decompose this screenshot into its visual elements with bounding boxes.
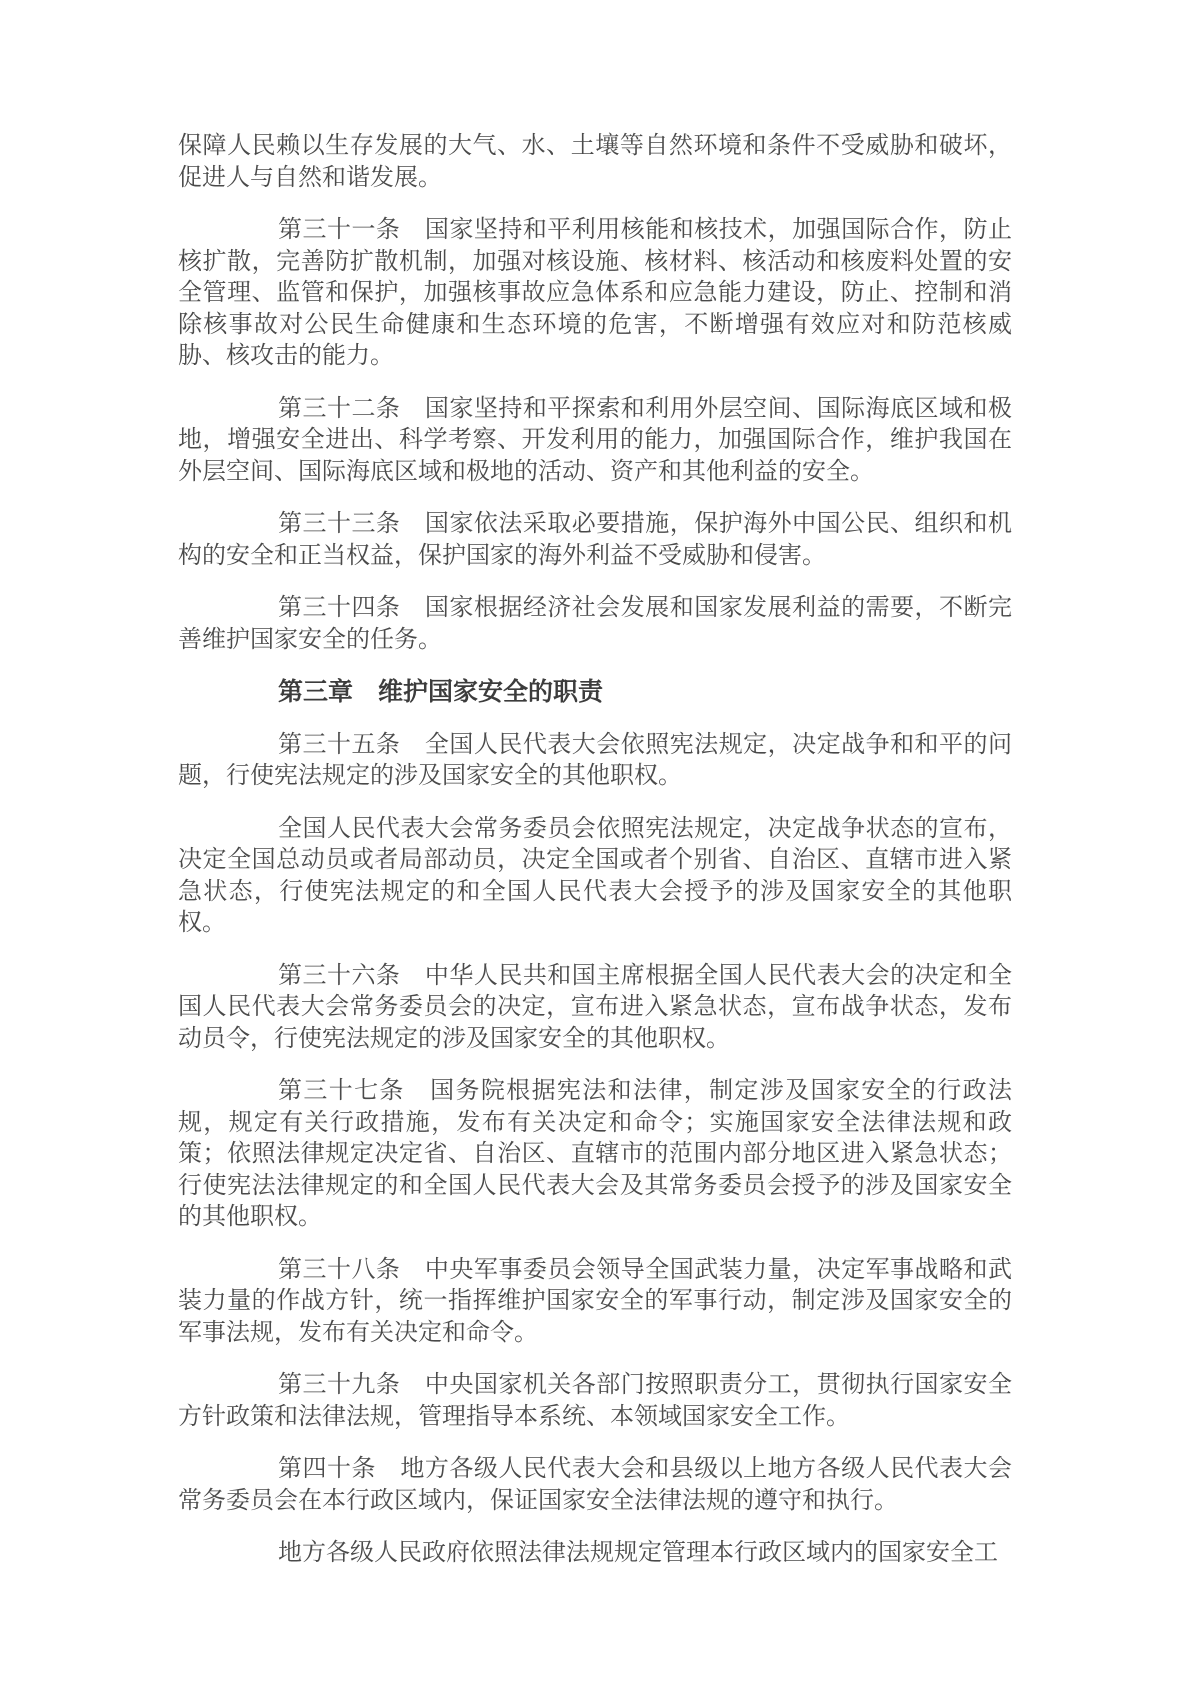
- paragraph-article-40-local-government: 地方各级人民政府依照法律法规规定管理本行政区域内的国家安全工: [178, 1538, 1012, 1570]
- paragraph-article-39: 第三十九条 中央国家机关各部门按照职责分工，贯彻执行国家安全方针政策和法律法规，…: [178, 1370, 1012, 1433]
- document-page: 保障人民赖以生存发展的大气、水、土壤等自然环境和条件不受威胁和破坏，促进人与自然…: [0, 0, 1191, 1684]
- paragraph-article-36: 第三十六条 中华人民共和国主席根据全国人民代表大会的决定和全国人民代表大会常务委…: [178, 961, 1012, 1056]
- paragraph-article-38: 第三十八条 中央军事委员会领导全国武装力量，决定军事战略和武装力量的作战方针，统…: [178, 1255, 1012, 1350]
- paragraph-article-35-npc-standing-committee: 全国人民代表大会常务委员会依照宪法规定，决定战争状态的宣布，决定全国总动员或者局…: [178, 814, 1012, 940]
- chapter-3-heading: 第三章 维护国家安全的职责: [178, 677, 1012, 709]
- paragraph-article-35: 第三十五条 全国人民代表大会依照宪法规定，决定战争和和平的问题，行使宪法规定的涉…: [178, 730, 1012, 793]
- paragraph-article-33: 第三十三条 国家依法采取必要措施，保护海外中国公民、组织和机构的安全和正当权益，…: [178, 509, 1012, 572]
- paragraph-article-34: 第三十四条 国家根据经济社会发展和国家发展利益的需要，不断完善维护国家安全的任务…: [178, 593, 1012, 656]
- paragraph-article-40: 第四十条 地方各级人民代表大会和县级以上地方各级人民代表大会常务委员会在本行政区…: [178, 1454, 1012, 1517]
- paragraph-article-32: 第三十二条 国家坚持和平探索和利用外层空间、国际海底区域和极地，增强安全进出、科…: [178, 394, 1012, 489]
- paragraph-article-31: 第三十一条 国家坚持和平利用核能和核技术，加强国际合作，防止核扩散，完善防扩散机…: [178, 215, 1012, 373]
- paragraph-continuation-article-30: 保障人民赖以生存发展的大气、水、土壤等自然环境和条件不受威胁和破坏，促进人与自然…: [178, 131, 1012, 194]
- paragraph-article-37: 第三十七条 国务院根据宪法和法律，制定涉及国家安全的行政法规，规定有关行政措施，…: [178, 1076, 1012, 1234]
- document-text-block: 保障人民赖以生存发展的大气、水、土壤等自然环境和条件不受威胁和破坏，促进人与自然…: [178, 131, 1012, 1591]
